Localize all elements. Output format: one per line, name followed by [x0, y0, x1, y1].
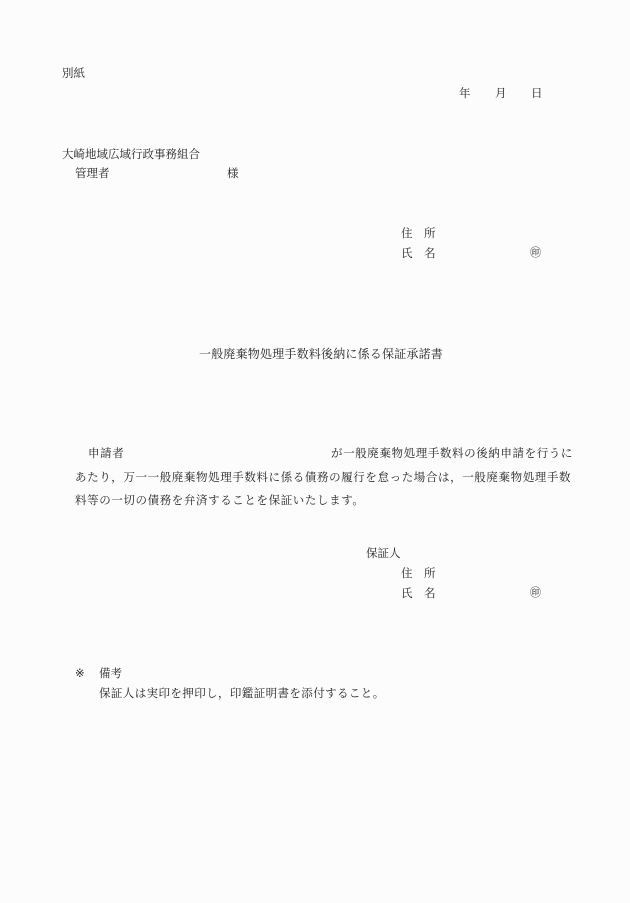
date-day-label: 日	[531, 86, 543, 100]
body-line3: 料等の一切の債務を弁済することを保証いたします。	[75, 493, 565, 507]
date-year-label: 年	[459, 86, 471, 100]
date-month-label: 月	[495, 86, 507, 100]
remarks-text: 保証人は実印を押印し，印鑑証明書を添付すること。	[99, 686, 385, 700]
addressee-title: 管理者	[75, 166, 110, 180]
body-applicant-label: 申請者	[88, 446, 124, 460]
remarks-heading: 備考	[99, 666, 122, 680]
guarantor-address-label: 住 所	[401, 566, 436, 580]
seal-icon: ㊞	[530, 246, 541, 260]
body-line2: あたり，万一一般廃棄物処理手数料に係る債務の履行を怠った場合は，一般廃棄物処理手…	[75, 470, 565, 484]
guarantor-name-label: 氏 名	[401, 586, 436, 600]
body-line1-suffix: が一般廃棄物処理手数料の後納申請を行うに	[331, 446, 573, 460]
reference-mark-icon: ※	[75, 666, 85, 680]
document-title: 一般廃棄物処理手数料後納に係る保証承諾書	[199, 347, 443, 361]
attachment-label: 別紙	[62, 66, 85, 80]
guarantor-heading: 保証人	[366, 546, 401, 560]
addressee-organization: 大崎地域広域行政事務組合	[62, 147, 200, 161]
seal-icon: ㊞	[530, 586, 541, 600]
applicant-address-label: 住 所	[401, 226, 436, 240]
applicant-name-label: 氏 名	[401, 246, 436, 260]
addressee-honorific: 様	[227, 166, 239, 180]
